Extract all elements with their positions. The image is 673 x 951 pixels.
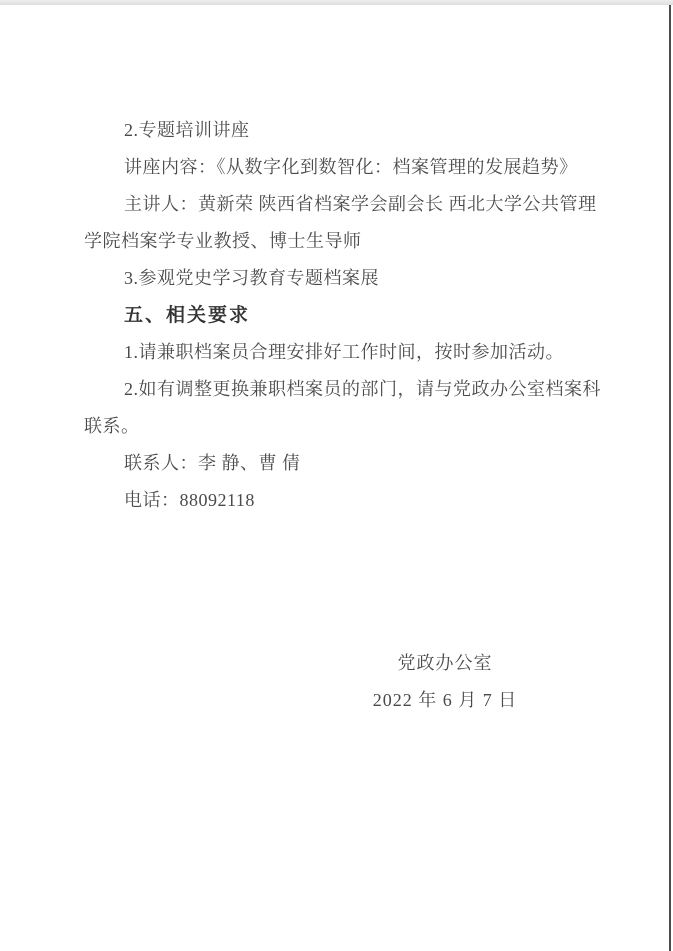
- document-line: 1.请兼职档案员合理安排好工作时间，按时参加活动。: [84, 334, 594, 371]
- contact-phone-line: 电话：88092118: [84, 482, 594, 519]
- document-page: 2.专题培训讲座 讲座内容：《从数字化到数智化：档案管理的发展趋势》 主讲人：黄…: [0, 0, 673, 951]
- document-line: 3.参观党史学习教育专题档案展: [84, 260, 594, 297]
- signature-org: 党政办公室: [300, 645, 590, 682]
- document-line: 讲座内容：《从数字化到数智化：档案管理的发展趋势》: [84, 149, 594, 186]
- document-line: 学院档案学专业教授、博士生导师: [84, 223, 594, 260]
- signature-block: 党政办公室 2022 年 6 月 7 日: [300, 645, 590, 719]
- signature-date: 2022 年 6 月 7 日: [300, 682, 590, 719]
- document-line: 主讲人：黄新荣 陕西省档案学会副会长 西北大学公共管理: [84, 186, 594, 223]
- document-line: 2.专题培训讲座: [84, 112, 594, 149]
- page-right-edge: [669, 5, 671, 951]
- section-heading: 五、相关要求: [84, 297, 594, 334]
- contact-person-line: 联系人：李 静、曹 倩: [84, 445, 594, 482]
- document-line: 2.如有调整更换兼职档案员的部门，请与党政办公室档案科: [84, 371, 594, 408]
- document-body: 2.专题培训讲座 讲座内容：《从数字化到数智化：档案管理的发展趋势》 主讲人：黄…: [84, 112, 594, 519]
- page-top-edge: [0, 0, 673, 5]
- document-line: 联系。: [84, 408, 594, 445]
